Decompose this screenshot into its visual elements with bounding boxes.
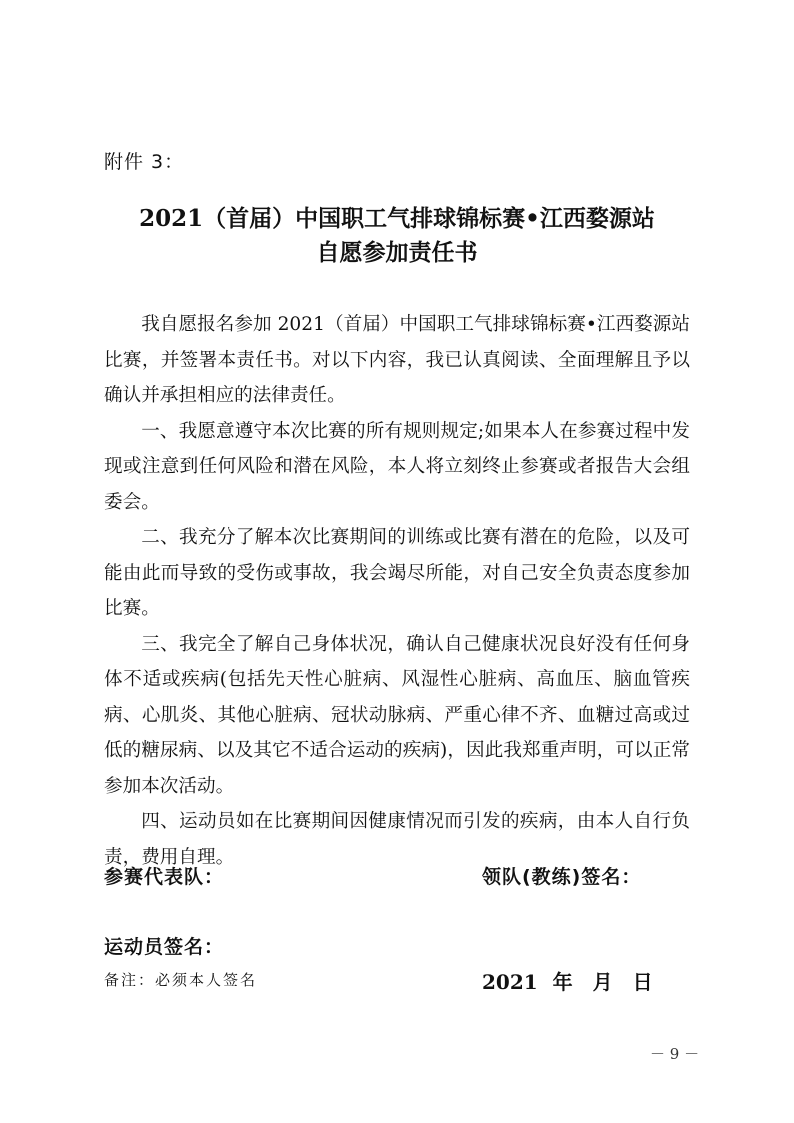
intro-paragraph: 我自愿报名参加 2021（首届）中国职工气排球锦标赛•江西婺源站比赛，并签署本责…	[104, 307, 690, 414]
clause-1-paragraph: 一、我愿意遵守本次比赛的所有规则规定;如果本人在参赛过程中发现或注意到任何风险和…	[104, 414, 690, 521]
document-title-line-2: 自愿参加责任书	[104, 234, 690, 267]
attachment-label: 附件 3：	[104, 147, 184, 174]
team-label: 参赛代表队：	[104, 862, 224, 889]
document-page: 附件 3： 2021（首届）中国职工气排球锦标赛•江西婺源站 自愿参加责任书 我…	[0, 0, 794, 1123]
signing-date: 2021 年 月 日	[482, 966, 653, 995]
signature-note: 备注：必须本人签名	[104, 969, 257, 990]
leader-signature-label: 领队(教练)签名：	[482, 862, 641, 889]
page-number: － 9 －	[650, 1043, 699, 1064]
clause-2-paragraph: 二、我充分了解本次比赛期间的训练或比赛有潜在的危险，以及可能由此而导致的受伤或事…	[104, 520, 690, 627]
document-body: 我自愿报名参加 2021（首届）中国职工气排球锦标赛•江西婺源站比赛，并签署本责…	[104, 307, 690, 875]
clause-3-paragraph: 三、我完全了解自己身体状况，确认自己健康状况良好没有任何身体不适或疾病(包括先天…	[104, 627, 690, 805]
athlete-signature-label: 运动员签名：	[104, 932, 224, 959]
document-title-line-1: 2021（首届）中国职工气排球锦标赛•江西婺源站	[104, 200, 690, 233]
